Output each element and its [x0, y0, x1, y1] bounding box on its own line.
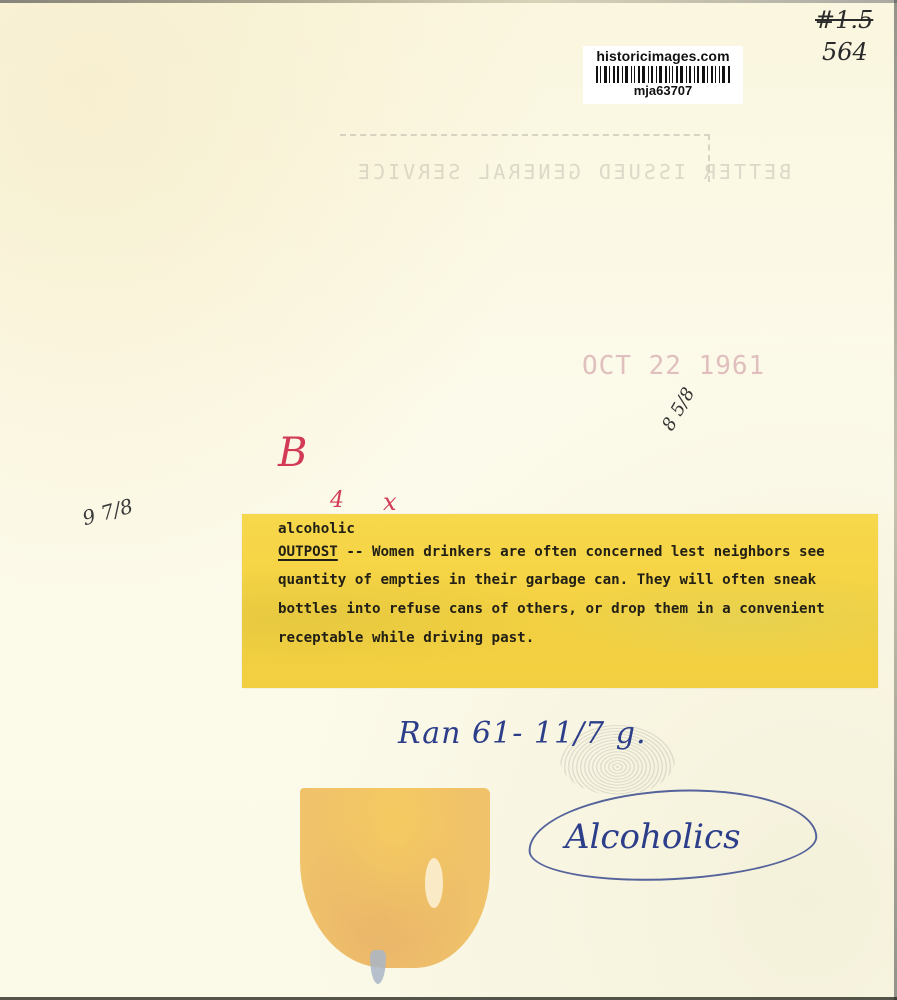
- barcode-bar: [728, 66, 730, 83]
- caption-line-3: bottles into refuse cans of others, or d…: [278, 596, 878, 622]
- paper-edge-top: [0, 0, 897, 3]
- barcode-bar: [642, 66, 645, 83]
- date-stamp: OCT 22 1961: [582, 351, 765, 381]
- barcode-bar: [707, 66, 708, 83]
- barcode-bar: [669, 66, 670, 83]
- barcode-bar: [596, 66, 598, 83]
- barcode-bar: [672, 66, 673, 83]
- caption-slip: alcoholic OUTPOST -- Women drinkers are …: [242, 514, 878, 688]
- barcode-bar: [634, 66, 635, 83]
- caption-line-4: receptable while driving past.: [278, 625, 878, 651]
- handwritten-crossed-price: #1.5: [815, 6, 873, 34]
- barcode-bar: [715, 66, 716, 83]
- barcode-bar: [676, 66, 678, 83]
- label-site: historicimages.com: [583, 48, 743, 64]
- stain-highlight: [425, 858, 443, 908]
- barcode-bar: [689, 66, 691, 83]
- red-pencil-mark: B: [278, 430, 307, 476]
- caption-line-2: quantity of empties in their garbage can…: [278, 567, 878, 593]
- barcode-bar: [722, 66, 725, 83]
- barcode-bar: [651, 66, 653, 83]
- archive-label: historicimages.com mja63707: [583, 46, 743, 104]
- barcode-bar: [656, 66, 657, 83]
- barcode-bar: [622, 66, 623, 83]
- barcode-bar: [680, 66, 683, 83]
- handwritten-reference: Ran 61- 11/7 g.: [398, 716, 647, 751]
- barcode-bar: [613, 66, 615, 83]
- barcode-bar: [711, 66, 713, 83]
- barcode-bar: [625, 66, 628, 83]
- barcode-bar: [686, 66, 687, 83]
- barcode-bar: [617, 66, 619, 83]
- barcode-bar: [694, 66, 695, 83]
- red-pencil-subscript: 4: [330, 488, 344, 513]
- barcode-bar: [719, 66, 720, 83]
- handwritten-number: 564: [822, 38, 868, 66]
- caption-line-1: OUTPOST -- Women drinkers are often conc…: [278, 541, 878, 564]
- caption-text: alcoholic OUTPOST -- Women drinkers are …: [278, 518, 878, 651]
- label-code: mja63707: [583, 83, 743, 99]
- barcode-bar: [702, 66, 705, 83]
- barcode-bar: [600, 66, 601, 83]
- barcode-bar: [659, 66, 662, 83]
- faint-agency-stamp: BETTER ISSUED GENERAL SERVICE: [355, 160, 791, 184]
- barcode-bar: [609, 66, 610, 83]
- barcode-icon: [596, 66, 730, 83]
- caption-headline: OUTPOST: [278, 544, 338, 560]
- barcode-bar: [604, 66, 607, 83]
- caption-kicker: alcoholic: [278, 518, 878, 541]
- tape-stain: [300, 788, 490, 968]
- barcode-bar: [665, 66, 667, 83]
- barcode-bar: [648, 66, 649, 83]
- barcode-bar: [631, 66, 632, 83]
- red-pencil-x: x: [383, 488, 397, 516]
- caption-line-1-text: -- Women drinkers are often concerned le…: [346, 544, 824, 560]
- barcode-bar: [697, 66, 699, 83]
- barcode-bar: [638, 66, 640, 83]
- handwritten-category: Alcoholics: [565, 817, 741, 857]
